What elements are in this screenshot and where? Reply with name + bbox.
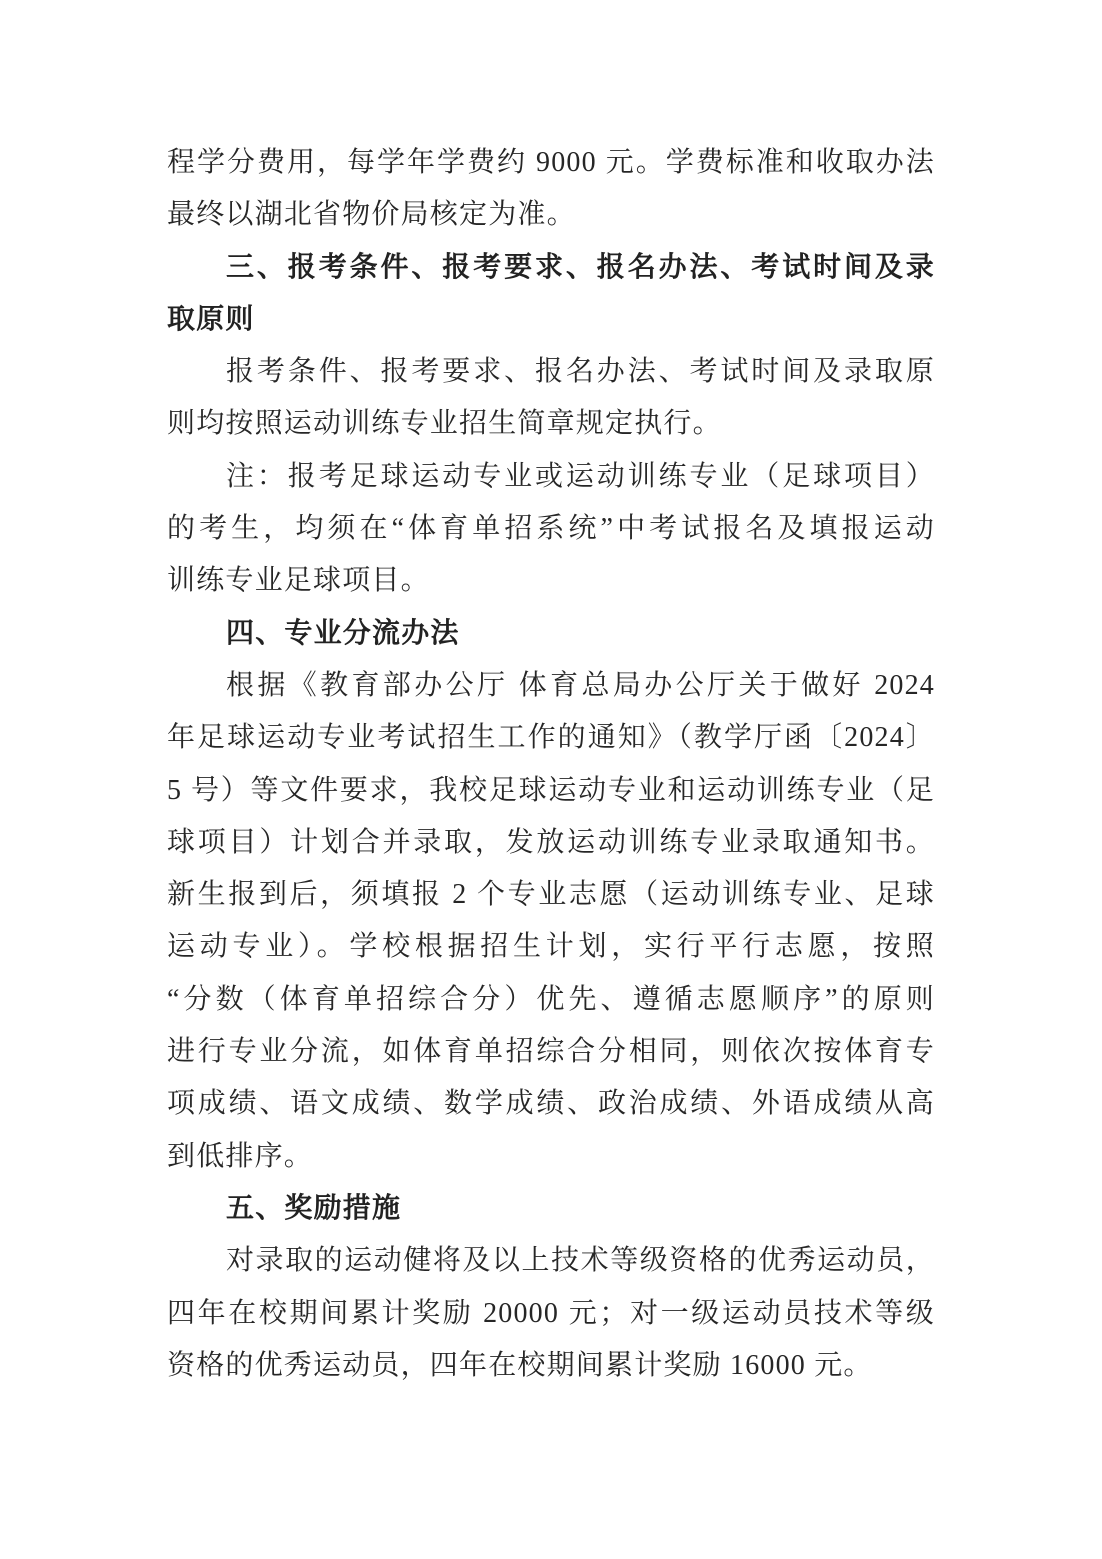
document-body: 程学分费用，每学年学费约 9000 元。学费标准和收取办法 最终以湖北省物价局核…: [167, 137, 935, 1392]
heading-line: 取原则: [167, 294, 935, 346]
text-line: 新生报到后，须填报 2 个专业志愿（运动训练专业、足球: [167, 869, 935, 921]
document-page: 程学分费用，每学年学费约 9000 元。学费标准和收取办法 最终以湖北省物价局核…: [0, 0, 1102, 1559]
text-line: 进行专业分流，如体育单招综合分相同，则依次按体育专: [167, 1026, 935, 1078]
text-line: 年足球运动专业考试招生工作的通知》（教学厅函〔2024〕: [167, 712, 935, 764]
heading-line: 四、专业分流办法: [167, 608, 935, 660]
text-line: 程学分费用，每学年学费约 9000 元。学费标准和收取办法: [167, 137, 935, 189]
text-line: 四年在校期间累计奖励 20000 元；对一级运动员技术等级: [167, 1288, 935, 1340]
text-line: 球项目）计划合并录取，发放运动训练专业录取通知书。: [167, 817, 935, 869]
text-line: “分数（体育单招综合分）优先、遵循志愿顺序”的原则: [167, 974, 935, 1026]
text-line: 对录取的运动健将及以上技术等级资格的优秀运动员，: [167, 1235, 935, 1287]
text-line: 到低排序。: [167, 1131, 935, 1183]
text-line: 运动专业）。学校根据招生计划，实行平行志愿，按照: [167, 921, 935, 973]
text-line: 训练专业足球项目。: [167, 555, 935, 607]
heading-line: 三、报考条件、报考要求、报名办法、考试时间及录: [167, 242, 935, 294]
text-line: 的考生，均须在“体育单招系统”中考试报名及填报运动: [167, 503, 935, 555]
text-line: 则均按照运动训练专业招生简章规定执行。: [167, 398, 935, 450]
text-line: 注：报考足球运动专业或运动训练专业（足球项目）: [167, 451, 935, 503]
text-line: 最终以湖北省物价局核定为准。: [167, 189, 935, 241]
heading-line: 五、奖励措施: [167, 1183, 935, 1235]
text-line: 资格的优秀运动员，四年在校期间累计奖励 16000 元。: [167, 1340, 935, 1392]
text-line: 5 号）等文件要求，我校足球运动专业和运动训练专业（足: [167, 765, 935, 817]
text-line: 报考条件、报考要求、报名办法、考试时间及录取原: [167, 346, 935, 398]
text-line: 根据《教育部办公厅 体育总局办公厅关于做好 2024: [167, 660, 935, 712]
text-line: 项成绩、语文成绩、数学成绩、政治成绩、外语成绩从高: [167, 1078, 935, 1130]
